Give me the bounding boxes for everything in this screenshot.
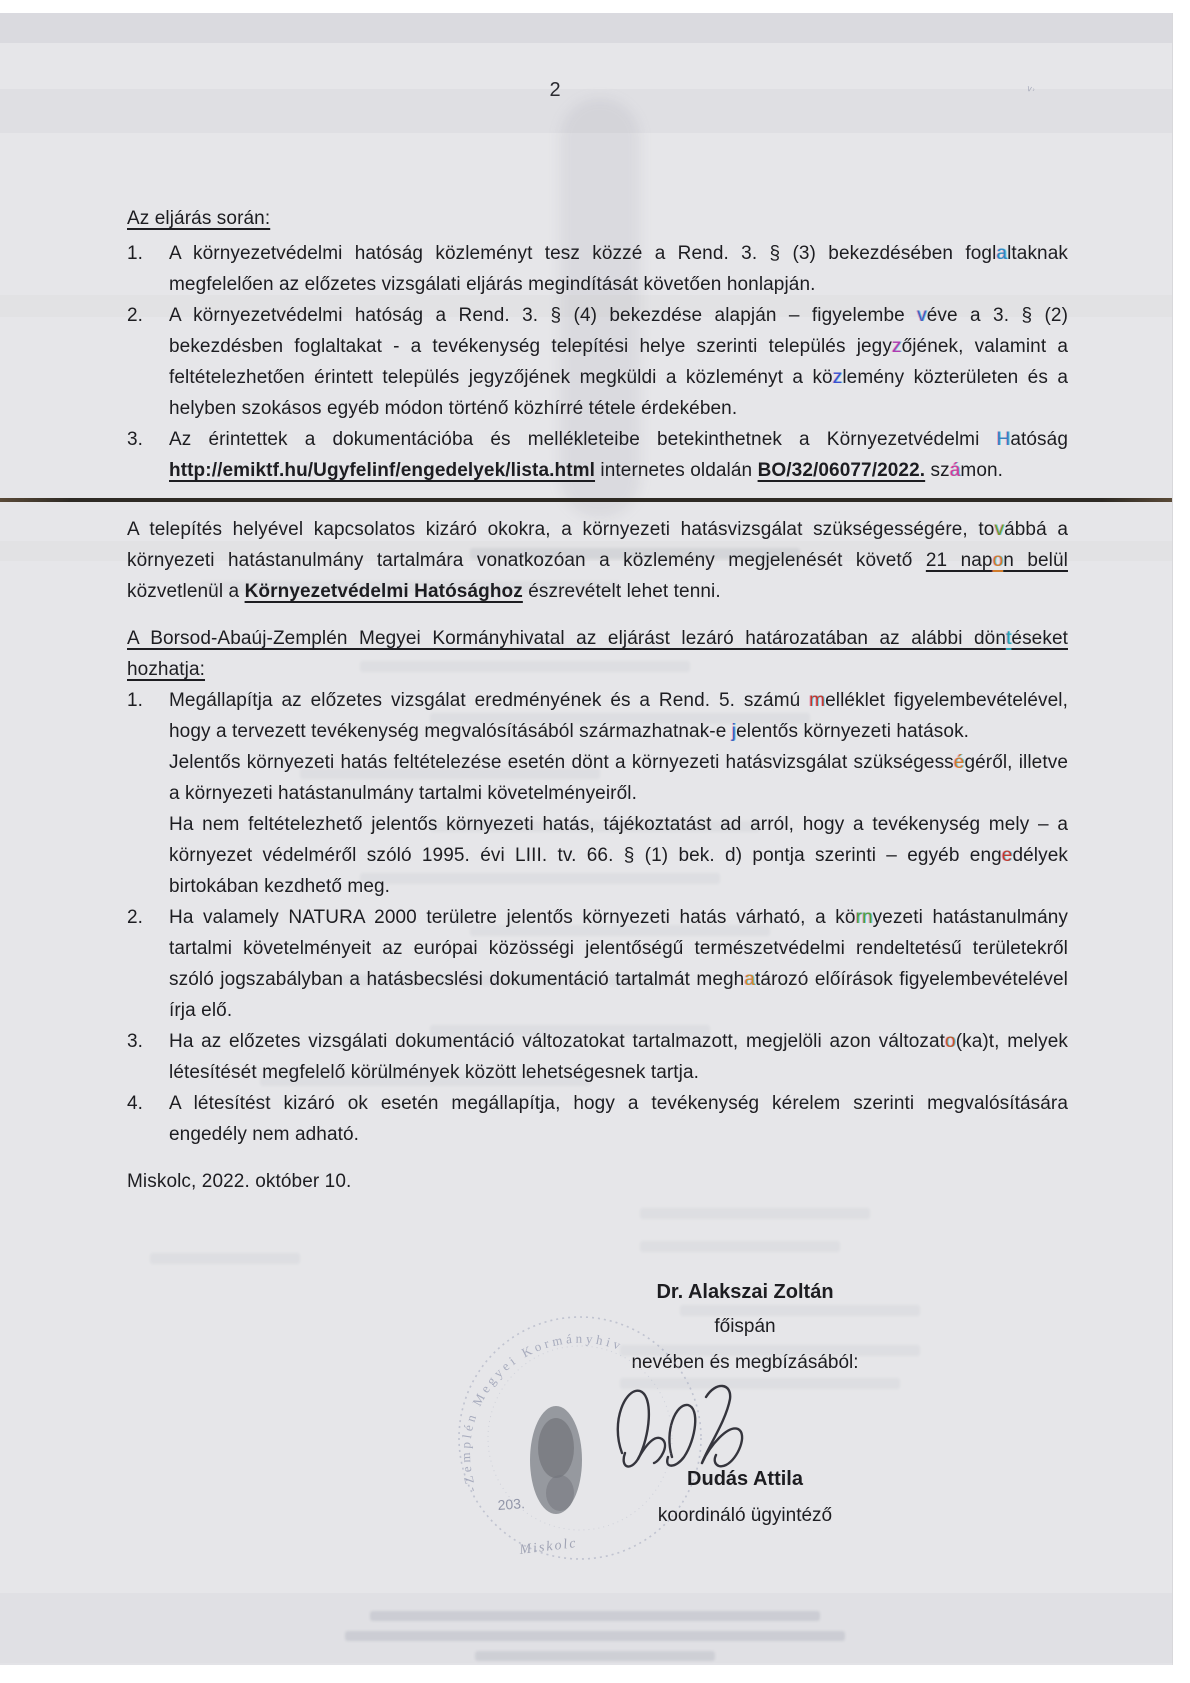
list-number: 2.: [127, 902, 169, 1026]
pen-mark-artifact: ᵥ˒: [1026, 78, 1038, 95]
list-item: 1.Megállapítja az előzetes vizsgálat ere…: [127, 685, 1068, 747]
official-round-stamp: -Zemplén Megyei Kormányhiv 203. Miskolc: [440, 1298, 720, 1578]
text-run: rn: [856, 907, 873, 928]
separator-rule: [0, 498, 1172, 502]
list-item-text: Ha valamely NATURA 2000 területre jelent…: [169, 902, 1068, 1026]
text-run: Megállapítja az előzetes vizsgálat eredm…: [169, 690, 809, 711]
scan-band: [0, 13, 1172, 43]
reference-text: http://emiktf.hu/Ugyfelinf/engedelyek/li…: [169, 460, 595, 481]
text-run: 21 nap: [926, 550, 993, 571]
text-run: Ha nem feltételezhető jelentős környezet…: [169, 814, 1068, 866]
text-run: Az eljárás során:: [127, 208, 270, 229]
list-item: 4.A létesítést kizáró ok esetén megállap…: [127, 1088, 1068, 1150]
list-item: 2.Ha valamely NATURA 2000 területre jele…: [127, 902, 1068, 1026]
list-item-text: A környezetvédelmi hatóság közleményt te…: [169, 238, 1068, 300]
text-run: A Borsod-Abaúj-Zemplén Megyei Kormányhiv…: [127, 628, 1006, 649]
section-heading: A Borsod-Abaúj-Zemplén Megyei Kormányhiv…: [127, 623, 1068, 685]
stamp-number-mark: 203.: [497, 1495, 525, 1513]
text-run: A környezetvédelmi hatóság a Rend. 3. § …: [169, 305, 917, 326]
reference-text: BO/32/06077/2022.: [758, 460, 926, 481]
text-run: a: [744, 969, 755, 990]
text-run: atóság: [1010, 429, 1068, 450]
text-run: A telepítés helyével kapcsolatos kizáró …: [127, 519, 994, 540]
text-run: Ha valamely NATURA 2000 területre jelent…: [169, 907, 856, 928]
list-item: 3.Az érintettek a dokumentációba és mell…: [127, 424, 1068, 486]
section-heading: Az eljárás során:: [127, 203, 1068, 234]
list-item-text: Ha az előzetes vizsgálati dokumentáció v…: [169, 1026, 1068, 1088]
bleed-through-line: [640, 1241, 840, 1252]
text-run: é: [954, 752, 965, 773]
text-run: o: [945, 1031, 956, 1052]
list-number: 3.: [127, 1026, 169, 1088]
scanned-document-page: 2 ᵥ˒ Az eljárás során:1.A környezetvédel…: [0, 0, 1190, 1683]
text-run: á: [950, 460, 961, 481]
bleed-through-line: [640, 1208, 870, 1219]
scan-band: [0, 1593, 1172, 1665]
document-body: Az eljárás során:1.A környezetvédelmi ha…: [127, 203, 1068, 1197]
text-run: o: [993, 550, 1004, 571]
text-run: n belül: [1003, 550, 1068, 571]
reference-text: Környezetvédelmi Hatósághoz: [245, 581, 523, 602]
list-number: 3.: [127, 424, 169, 486]
text-run: közvetlenül a: [127, 581, 245, 602]
list-continuation: Ha nem feltételezhető jelentős környezet…: [169, 809, 1068, 902]
list-item-text: Az érintettek a dokumentációba és mellék…: [169, 424, 1068, 486]
list-number: 1.: [127, 238, 169, 300]
text-run: v: [917, 305, 927, 326]
text-run: észrevételt lehet tenni.: [523, 581, 721, 602]
bleed-through-footer-line: [345, 1631, 845, 1641]
text-run: A létesítést kizáró ok esetén megállapít…: [169, 1093, 1068, 1145]
text-run: A környezetvédelmi hatóság közleményt te…: [169, 243, 996, 264]
list-item: 1.A környezetvédelmi hatóság közleményt …: [127, 238, 1068, 300]
list-number: 2.: [127, 300, 169, 424]
paragraph: A telepítés helyével kapcsolatos kizáró …: [127, 514, 1068, 607]
text-run: z: [833, 367, 843, 388]
scan-band: [0, 89, 1172, 133]
bleed-through-line: [150, 1253, 300, 1264]
text-run: H: [997, 429, 1011, 450]
bleed-through-footer-line: [475, 1651, 715, 1661]
list-number: 4.: [127, 1088, 169, 1150]
paper-scan-area: 2 ᵥ˒ Az eljárás során:1.A környezetvédel…: [0, 13, 1173, 1665]
text-run: z: [892, 336, 902, 357]
text-run: Ha az előzetes vizsgálati dokumentáció v…: [169, 1031, 945, 1052]
list-item: 2.A környezetvédelmi hatóság a Rend. 3. …: [127, 300, 1068, 424]
text-run: sz: [925, 460, 950, 481]
text-run: Az érintettek a dokumentációba és mellék…: [169, 429, 997, 450]
text-run: Miskolc, 2022. október 10.: [127, 1171, 351, 1192]
list-number: 1.: [127, 685, 169, 747]
list-item-text: Megállapítja az előzetes vizsgálat eredm…: [169, 685, 1068, 747]
text-run: elentős környezeti hatások.: [736, 721, 969, 742]
text-run: a: [996, 243, 1007, 264]
list-item: 3.Ha az előzetes vizsgálati dokumentáció…: [127, 1026, 1068, 1088]
text-run: internetes oldalán: [595, 460, 758, 481]
date-line: Miskolc, 2022. október 10.: [127, 1166, 1068, 1197]
bleed-through-footer-line: [370, 1611, 820, 1621]
text-run: v: [994, 519, 1004, 540]
text-run: mon.: [960, 460, 1003, 481]
page-number: 2: [538, 79, 572, 102]
text-run: m: [809, 690, 825, 711]
text-run: Jelentős környezeti hatás feltételezése …: [169, 752, 954, 773]
list-item-text: A környezetvédelmi hatóság a Rend. 3. § …: [169, 300, 1068, 424]
list-item-text: A létesítést kizáró ok esetén megállapít…: [169, 1088, 1068, 1150]
list-continuation: Jelentős környezeti hatás feltételezése …: [169, 747, 1068, 809]
text-run: e: [1002, 845, 1013, 866]
